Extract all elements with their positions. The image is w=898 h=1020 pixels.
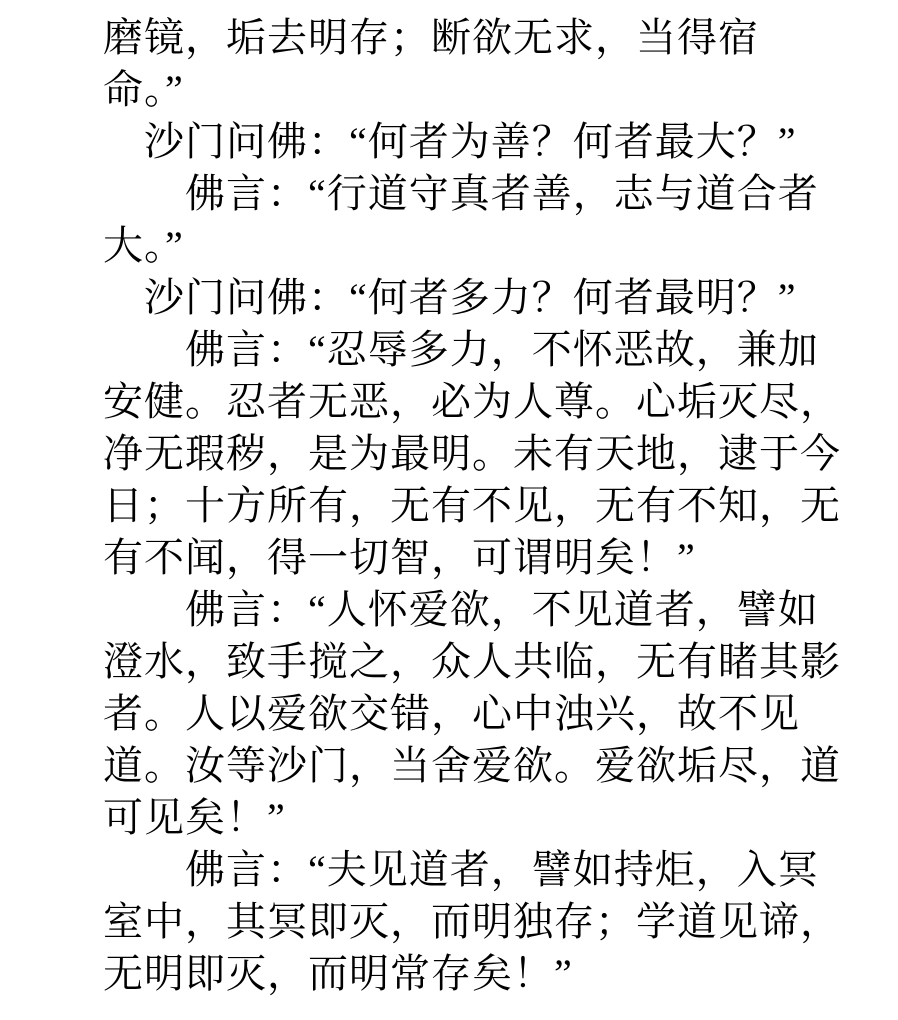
text-line: 命。” bbox=[103, 64, 863, 116]
text-block: 磨镜，垢去明存；断欲无求，当得宿 命。” 沙门问佛：“何者为善？何者最大？” 佛… bbox=[103, 12, 863, 1000]
text-line: 有不闻，得一切智，可谓明矣！” bbox=[103, 532, 863, 584]
text-line: 日；十方所有，无有不见，无有不知，无 bbox=[103, 480, 863, 532]
text-line: 澄水，致手搅之，众人共临，无有睹其影 bbox=[103, 636, 863, 688]
text-line: 佛言：“夫见道者，譬如持炬，入冥 bbox=[103, 844, 863, 896]
text-line: 净无瑕秽，是为最明。未有天地，逮于今 bbox=[103, 428, 863, 480]
text-line: 安健。忍者无恶，必为人尊。心垢灭尽， bbox=[103, 376, 863, 428]
text-line: 佛言：“人怀爱欲，不见道者，譬如 bbox=[103, 584, 863, 636]
text-line: 大。” bbox=[103, 220, 863, 272]
text-line: 室中，其冥即灭，而明独存；学道见谛， bbox=[103, 896, 863, 948]
text-line: 磨镜，垢去明存；断欲无求，当得宿 bbox=[103, 12, 863, 64]
text-line: 道。汝等沙门，当舍爱欲。爱欲垢尽，道 bbox=[103, 740, 863, 792]
text-line: 者。人以爱欲交错，心中浊兴，故不见 bbox=[103, 688, 863, 740]
text-line: 佛言：“忍辱多力，不怀恶故，兼加 bbox=[103, 324, 863, 376]
text-line: 佛言：“行道守真者善，志与道合者 bbox=[103, 168, 863, 220]
document-page: 磨镜，垢去明存；断欲无求，当得宿 命。” 沙门问佛：“何者为善？何者最大？” 佛… bbox=[0, 0, 898, 1020]
text-line: 沙门问佛：“何者多力？何者最明？” bbox=[103, 272, 863, 324]
text-line: 无明即灭，而明常存矣！” bbox=[103, 948, 863, 1000]
text-line: 可见矣！” bbox=[103, 792, 863, 844]
text-line: 沙门问佛：“何者为善？何者最大？” bbox=[103, 116, 863, 168]
